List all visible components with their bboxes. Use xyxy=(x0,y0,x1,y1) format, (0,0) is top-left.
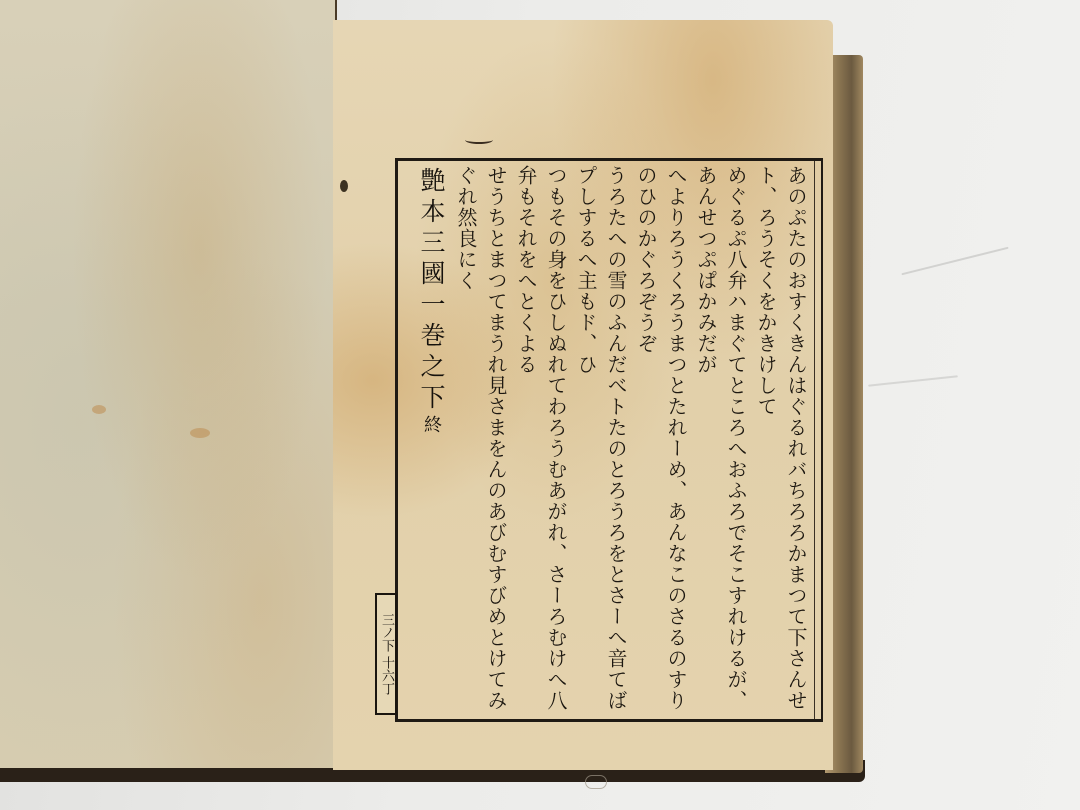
book-title: 艶本三國一 xyxy=(417,167,446,322)
stain-spot xyxy=(92,405,106,414)
ink-mark xyxy=(465,136,493,144)
book-title-column: 艶本三國一巻之下終 xyxy=(416,167,446,439)
end-mark: 終 xyxy=(421,415,442,439)
frame-inner-rule xyxy=(814,161,815,719)
text-column: あのぷたのおすくきんはぐるれバちろろかまつて下さんせト、ろうそくをかきけして xyxy=(751,165,811,713)
text-column: つもその身をひしぬれてわろうむあがれ、さーろむけへ八弁もそれをへとくよる xyxy=(511,165,571,713)
stain-spot xyxy=(190,428,210,438)
text-column: へよりろうくろうまつとたれーめ、あんなこのさるのすりのひのかぐろぞうぞ xyxy=(631,165,691,713)
surface-crease xyxy=(868,375,958,386)
folio-number-box: 三ノ下 十六丁 xyxy=(375,593,397,715)
text-column: めぐるぷ八弁ハまぐてところへおふろでそこすれけるが、あんせつぷぱかみだが xyxy=(691,165,751,713)
volume-label: 巻之下 xyxy=(417,322,446,415)
left-page xyxy=(0,0,337,768)
binding-thread-knot xyxy=(340,180,348,192)
printed-text-frame: あのぷたのおすくきんはぐるれバちろろかまつて下さんせト、ろうそくをかきけして め… xyxy=(395,158,823,722)
text-column: せうちとまつてまうれ見さまをんのあびむすびめとけてみぐれ然良にく xyxy=(451,165,511,713)
body-text: あのぷたのおすくきんはぐるれバちろろかまつて下さんせト、ろうそくをかきけして め… xyxy=(450,165,811,713)
text-column: うろたへの雪のふんだべトたのとろうろをとさーへ音てばプしするへ主もド、ひ xyxy=(571,165,631,713)
surface-crease xyxy=(901,247,1008,276)
text-column: れがおとうくそれるの光にほまむつでつのびをこるの内にあをてやまた抗のまくら xyxy=(450,165,451,713)
loose-thread xyxy=(585,775,607,789)
